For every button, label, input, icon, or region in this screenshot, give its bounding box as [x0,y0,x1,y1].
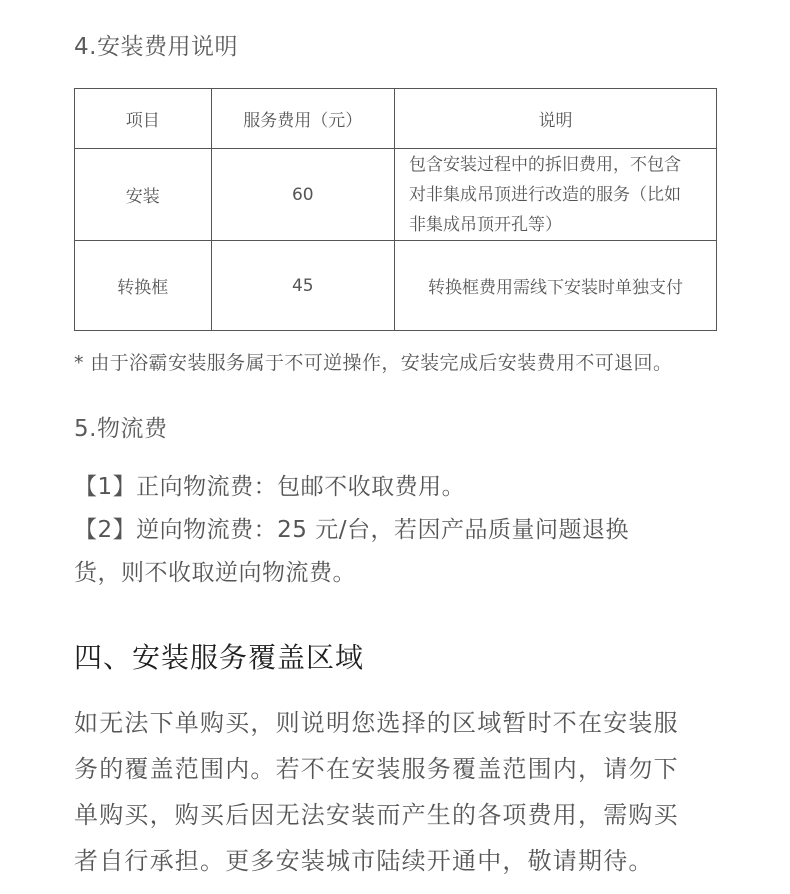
logistics-item-forward: 【1】正向物流费：包邮不收取费用。 [74,468,465,501]
install-fee-heading: 4.安装费用说明 [74,28,238,61]
cell-description: 转换框费用需线下安装时单独支付 [395,241,717,331]
coverage-paragraph: 如无法下单购买，则说明您选择的区域暂时不在安装服 务的覆盖范围内。若不在安装服务… [74,700,724,884]
logistics-heading: 5.物流费 [74,410,167,443]
description-line: 包含安装过程中的拆旧费用，不包含 [409,150,706,180]
description-line: 非集成吊顶开孔等） [409,210,706,240]
paragraph-line: 者自行承担。更多安装城市陆续开通中，敬请期待。 [74,838,724,884]
cell-fee: 45 [211,241,394,331]
table-row: 安装 60 包含安装过程中的拆旧费用，不包含 对非集成吊顶进行改造的服务（比如 … [75,149,717,241]
cell-item: 安装 [75,149,212,241]
header-item: 项目 [75,89,212,149]
logistics-item-reverse-cont: 货，则不收取逆向物流费。 [74,554,356,587]
cell-description: 包含安装过程中的拆旧费用，不包含 对非集成吊顶进行改造的服务（比如 非集成吊顶开… [395,149,717,241]
description-line: 对非集成吊顶进行改造的服务（比如 [409,180,706,210]
logistics-item-reverse: 【2】逆向物流费：25 元/台，若因产品质量问题退换 [74,511,629,544]
header-description: 说明 [395,89,717,149]
paragraph-line: 务的覆盖范围内。若不在安装服务覆盖范围内，请勿下 [74,746,724,792]
install-fee-table: 项目 服务费用（元） 说明 安装 60 包含安装过程中的拆旧费用，不包含 对非集… [74,88,717,331]
coverage-section-title: 四、安装服务覆盖区域 [74,636,364,676]
paragraph-line: 单购买，购买后因无法安装而产生的各项费用，需购买 [74,792,724,838]
header-fee: 服务费用（元） [211,89,394,149]
cell-fee: 60 [211,149,394,241]
table-row: 转换框 45 转换框费用需线下安装时单独支付 [75,241,717,331]
paragraph-line: 如无法下单购买，则说明您选择的区域暂时不在安装服 [74,700,724,746]
table-header-row: 项目 服务费用（元） 说明 [75,89,717,149]
cell-item: 转换框 [75,241,212,331]
install-fee-note: * 由于浴霸安装服务属于不可逆操作，安装完成后安装费用不可退回。 [74,348,672,375]
